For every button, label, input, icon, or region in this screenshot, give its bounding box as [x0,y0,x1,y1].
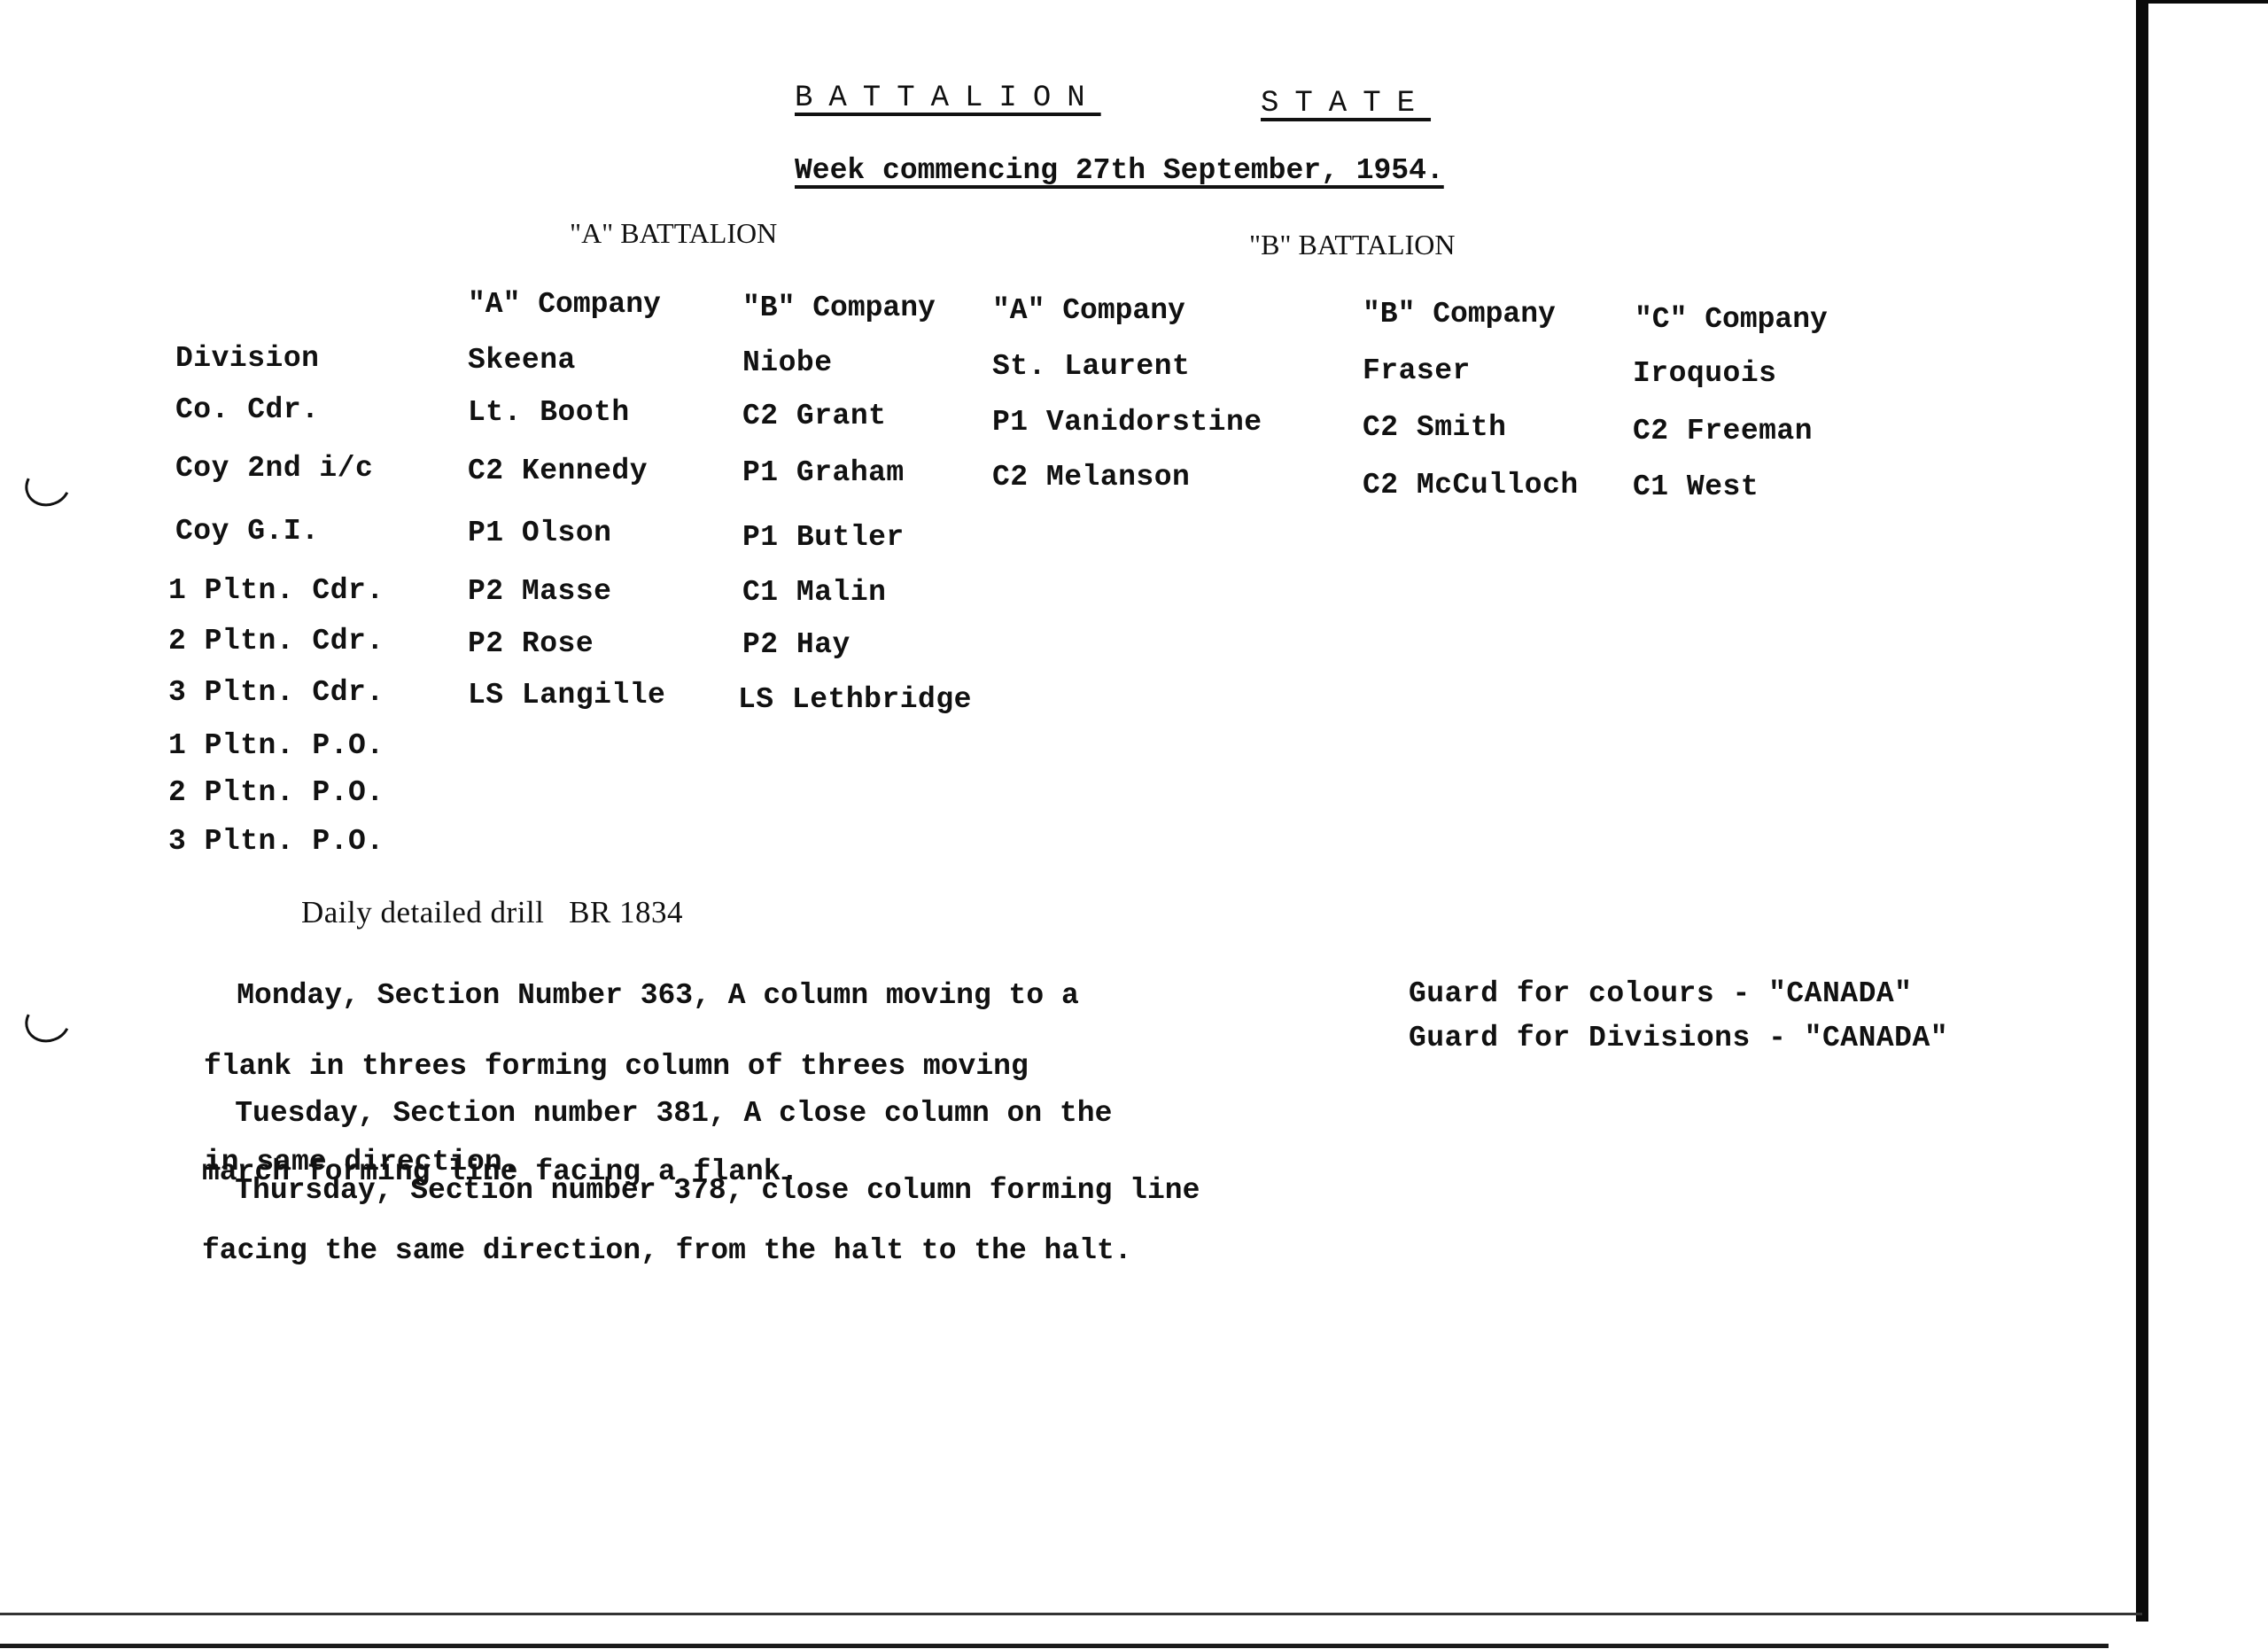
cell-coy-2nd-ic: C2 McCulloch [1363,471,1579,500]
cell-coy-gi: P1 Butler [742,523,905,552]
b-battalion-header: "B" BATTALION [1249,229,1455,261]
row-label-3-pltn-cdr: 3 Pltn. Cdr. [168,678,384,707]
cell-division: Iroquois [1633,359,1776,388]
cell-division: Skeena [468,346,576,375]
page-edge-bottom [0,1613,2142,1615]
cell-coy-2nd-ic: C2 Melanson [992,463,1190,492]
row-label-coy-2nd-ic: Coy 2nd i/c [175,454,373,483]
cell-division: Fraser [1363,356,1471,385]
cell-co-cdr: C2 Grant [742,401,886,431]
cell-coy-2nd-ic: C1 West [1633,472,1759,502]
cell-coy-2nd-ic: C2 Kennedy [468,456,648,486]
cell-co-cdr: P1 Vanidorstine [992,408,1262,437]
cell-coy-2nd-ic: P1 Graham [742,458,905,487]
row-label-coy-gi: Coy G.I. [175,517,319,546]
cell-1-pltn-cdr: C1 Malin [742,578,886,607]
cell-co-cdr: Lt. Booth [468,398,630,427]
page-edge-top [2144,0,2268,4]
guard-for-colours: Guard for colours - "CANADA" [1409,979,1913,1008]
page-edge-right [2136,0,2148,1622]
cell-3-pltn-cdr: LS Lethbridge [738,685,972,714]
row-label-1-pltn-po: 1 Pltn. P.O. [168,731,384,760]
cell-co-cdr: C2 Smith [1363,413,1506,442]
page-edge-bottom-shadow [0,1644,2109,1648]
b-bn-a-company-header: "A" Company [992,294,1185,327]
row-label-1-pltn-cdr: 1 Pltn. Cdr. [168,576,384,605]
drill-entry-line: Tuesday, Section number 381, A close col… [235,1097,1112,1130]
title-state: STATE [1261,87,1431,121]
drill-entry-line: Thursday, Section number 378, close colu… [235,1174,1200,1207]
title-battalion: BATTALION [795,82,1101,115]
row-label-3-pltn-po: 3 Pltn. P.O. [168,827,384,856]
cell-division: Niobe [742,348,833,377]
row-label-2-pltn-cdr: 2 Pltn. Cdr. [168,626,384,656]
row-label-co-cdr: Co. Cdr. [175,395,319,424]
guard-for-divisions: Guard for Divisions - "CANADA" [1409,1023,1948,1053]
subtitle-week: Week commencing 27th September, 1954. [795,154,1444,187]
b-bn-c-company-header: "C" Company [1635,303,1828,336]
drill-entry-line: Monday, Section Number 363, A column mov… [237,979,1079,1012]
cell-2-pltn-cdr: P2 Rose [468,629,594,658]
cell-division: St. Laurent [992,352,1190,381]
a-bn-b-company-header: "B" Company [742,292,936,324]
b-bn-b-company-header: "B" Company [1363,298,1556,331]
cell-coy-gi: P1 Olson [468,518,611,548]
cell-1-pltn-cdr: P2 Masse [468,577,611,606]
cell-co-cdr: C2 Freeman [1633,416,1813,446]
cell-2-pltn-cdr: P2 Hay [742,630,850,659]
row-label-division: Division [175,344,319,373]
drill-entry-line: facing the same direction, from the halt… [165,1233,1200,1269]
a-battalion-header: "A" BATTALION [570,217,777,250]
row-label-2-pltn-po: 2 Pltn. P.O. [168,778,384,807]
drill-heading: Daily detailed drill BR 1834 [301,897,683,928]
scanned-page: BATTALION STATE Week commencing 27th Sep… [0,0,2137,1618]
a-bn-a-company-header: "A" Company [468,288,661,321]
cell-3-pltn-cdr: LS Langille [468,681,665,710]
drill-entry-thursday: Thursday, Section number 378, close colu… [165,1138,1200,1340]
